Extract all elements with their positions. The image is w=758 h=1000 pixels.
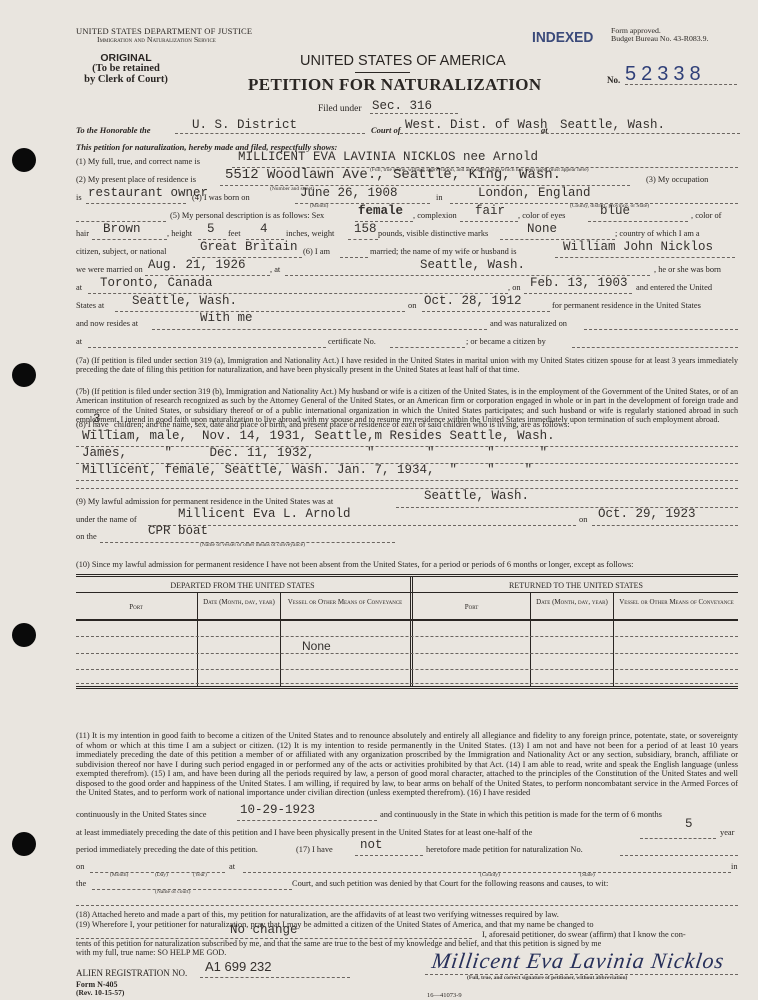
at-label: at bbox=[76, 337, 82, 347]
hair-label: hair bbox=[76, 229, 89, 239]
spouse-name-value: William John Nicklos bbox=[563, 240, 713, 254]
on-the-label: on the bbox=[76, 532, 97, 542]
spouse-born-label: , he or she was born bbox=[654, 265, 721, 275]
sex-value: female bbox=[358, 204, 403, 218]
swear-text-3: with my full, true name: SO HELP ME GOD. bbox=[76, 948, 226, 958]
height-label: , height bbox=[167, 229, 192, 239]
court-name-line bbox=[92, 889, 292, 890]
q3-label: (3) My occupation bbox=[646, 175, 708, 185]
column-vessel: Vessel or Other Means of Conveyance bbox=[615, 598, 738, 607]
table-row-line bbox=[76, 653, 738, 654]
indexed-stamp: INDEXED bbox=[532, 29, 593, 46]
period-label: period immediately preceding the date of… bbox=[76, 845, 258, 855]
column-port: Port bbox=[414, 603, 529, 611]
children-count-value: 3 bbox=[93, 412, 101, 426]
section-18: (18) Attached hereto and made a part of … bbox=[76, 910, 559, 920]
heading-rule bbox=[355, 72, 410, 73]
q6-label: (6) I am bbox=[303, 247, 330, 257]
nationality-value: Great Britain bbox=[200, 240, 298, 254]
prior-in-label: in bbox=[731, 862, 738, 872]
court-of-label: Court of bbox=[371, 125, 401, 135]
absence-entry: None bbox=[302, 639, 331, 653]
court-type: U. S. District bbox=[192, 118, 297, 132]
naturalized-label: and was naturalized on bbox=[490, 319, 567, 329]
section-19: (19) Wherefore I, your petitioner for na… bbox=[76, 920, 594, 930]
married-line bbox=[340, 257, 368, 258]
service-name: Immigration and Naturalization Service bbox=[97, 35, 216, 45]
birth-in-label: in bbox=[436, 193, 443, 203]
country-heading: UNITED STATES OF AMERICA bbox=[300, 53, 506, 69]
column-date: Date (Month, day, year) bbox=[531, 598, 613, 607]
petition-no-line bbox=[620, 855, 738, 856]
filed-under-label: Filed under bbox=[318, 104, 362, 114]
prior-the-label: the bbox=[76, 879, 86, 889]
returned-header: RETURNED TO THE UNITED STATES bbox=[414, 581, 738, 590]
caption: (Name of court) bbox=[155, 889, 190, 895]
departed-header: DEPARTED FROM THE UNITED STATES bbox=[76, 581, 409, 590]
spouse-born-on-label: , on bbox=[508, 283, 521, 293]
admission-name-line bbox=[148, 525, 576, 526]
table-row-line bbox=[76, 669, 738, 670]
caption: (State) bbox=[580, 872, 595, 878]
original-note-2: by Clerk of Court) bbox=[70, 74, 182, 85]
table-col bbox=[613, 592, 614, 686]
complexion-line bbox=[460, 221, 518, 222]
since-date-value: 10-29-1923 bbox=[240, 803, 315, 817]
occupation-value: restaurant owner bbox=[88, 186, 208, 200]
years-line bbox=[640, 838, 716, 839]
spouse-residence-line bbox=[152, 329, 487, 330]
certificate-line bbox=[390, 347, 465, 348]
color-of-label: , color of bbox=[691, 211, 721, 221]
table-rule bbox=[76, 592, 738, 593]
court-line-2 bbox=[400, 133, 740, 134]
spouse-entry-date-value: Oct. 28, 1912 bbox=[424, 294, 522, 308]
hair-line bbox=[92, 239, 167, 240]
q5-label: (5) My personal description is as follow… bbox=[170, 211, 324, 221]
admission-label: (9) My lawful admission for permanent re… bbox=[76, 497, 333, 507]
q4-label: (4) I was born on bbox=[192, 193, 250, 203]
s17-label: (17) I have bbox=[296, 845, 333, 855]
child-row: Millicent, female, Seattle, Wash. Jan. 7… bbox=[82, 463, 532, 477]
full-name-value: MILLICENT EVA LAVINIA NICKLOS nee Arnold bbox=[238, 150, 538, 164]
q2-label: (2) My present place of residence is bbox=[76, 175, 196, 185]
punch-hole bbox=[12, 363, 36, 387]
prior-at-label: at bbox=[229, 862, 235, 872]
spouse-born-at-label: at bbox=[76, 283, 82, 293]
number-line bbox=[625, 84, 737, 85]
to-honorable-label: To the Honorable the bbox=[76, 125, 151, 135]
became-label: ; or became a citizen by bbox=[466, 337, 546, 347]
signature-caption: (Full, true, and correct signature of pe… bbox=[467, 975, 627, 981]
child-line bbox=[76, 480, 738, 481]
reasons-line bbox=[76, 905, 738, 906]
section-7b: (7b) (If petition is filed under section… bbox=[76, 387, 738, 425]
hair-value: Brown bbox=[103, 222, 141, 236]
naturalized-line bbox=[584, 329, 738, 330]
page-title: PETITION FOR NATURALIZATION bbox=[248, 75, 542, 95]
punch-hole bbox=[12, 623, 36, 647]
spouse-birth-date-value: Feb. 13, 1903 bbox=[530, 276, 628, 290]
petition-number: 52338 bbox=[625, 63, 706, 86]
section-7a: (7a) (If petition is filed under section… bbox=[76, 356, 738, 375]
marks-value: None bbox=[527, 222, 557, 236]
spouse-entry-place-line bbox=[115, 311, 405, 312]
print-code: 16—41073-9 bbox=[427, 991, 462, 1000]
at-line bbox=[88, 347, 326, 348]
caption: (Year) bbox=[193, 872, 207, 878]
admission-date-value: Oct. 29, 1923 bbox=[598, 507, 696, 521]
table-row-line bbox=[76, 683, 738, 684]
child-row: James, " Dec. 11, 1932, " " " " bbox=[82, 446, 547, 460]
vessel-value: CPR boat bbox=[148, 524, 208, 538]
court-district: West. Dist. of Wash bbox=[405, 118, 548, 132]
column-port: Port bbox=[76, 603, 196, 611]
original-note-1: (To be retained bbox=[70, 63, 182, 74]
punch-hole bbox=[12, 148, 36, 172]
spouse-birth-date-line bbox=[524, 293, 632, 294]
form-revision: (Rev. 10-15-57) bbox=[76, 988, 124, 998]
name-change-value: No change bbox=[230, 923, 298, 937]
since-date-line bbox=[237, 820, 377, 821]
court-location: Seattle, Wash. bbox=[560, 118, 665, 132]
spouse-entry-date-line bbox=[422, 311, 550, 312]
caption: (County) bbox=[480, 872, 500, 878]
states-at-label: States at bbox=[76, 301, 104, 311]
became-line bbox=[572, 347, 738, 348]
column-date: Date (Month, day, year) bbox=[198, 598, 280, 607]
caption: (Day) bbox=[155, 872, 168, 878]
petitioner-signature: Millicent Eva Lavinia Nicklos bbox=[430, 948, 726, 974]
citizen-label: citizen, subject, or national bbox=[76, 247, 166, 257]
filed-under-line bbox=[370, 113, 458, 114]
eyes-label: , color of eyes bbox=[518, 211, 565, 221]
court-denied-label: Court, and such petition was denied by t… bbox=[292, 879, 608, 889]
caption: (Month) bbox=[310, 203, 328, 209]
table-top-rule bbox=[76, 574, 738, 577]
least-label: at least immediately preceding the date … bbox=[76, 828, 532, 838]
spouse-entry-place-value: Seattle, Wash. bbox=[132, 294, 237, 308]
occupation-line bbox=[86, 203, 186, 204]
table-bottom-rule bbox=[76, 686, 738, 689]
married-date-value: Aug. 21, 1926 bbox=[148, 258, 246, 272]
filed-under-value: Sec. 316 bbox=[372, 99, 432, 113]
table-rule bbox=[76, 619, 738, 621]
spouse-birthplace-value: Toronto, Canada bbox=[100, 276, 213, 290]
admission-name-value: Millicent Eva L. Arnold bbox=[178, 507, 351, 521]
weight-value: 158 bbox=[354, 222, 377, 236]
weight-line bbox=[348, 239, 378, 240]
eyes-line bbox=[588, 221, 688, 222]
spouse-name-line bbox=[555, 257, 735, 258]
caption: (Month) bbox=[110, 872, 128, 878]
budget-bureau-no: Budget Bureau No. 43-R083.9. bbox=[611, 34, 708, 43]
eyes-value: blue bbox=[600, 204, 630, 218]
table-col bbox=[197, 592, 198, 686]
certificate-label: certificate No. bbox=[328, 337, 376, 347]
s17-rest-label: heretofore made petition for naturalizat… bbox=[426, 845, 583, 855]
alien-registration-value: A1 699 232 bbox=[205, 959, 272, 974]
section-10: (10) Since my lawful admission for perma… bbox=[76, 560, 633, 570]
year-label: year bbox=[720, 828, 734, 838]
entered-label: and entered the United bbox=[636, 283, 712, 293]
occupation-is-label: is bbox=[76, 193, 82, 203]
married-at-label: , at bbox=[270, 265, 280, 275]
married-label: married; the name of my wife or husband … bbox=[370, 247, 517, 257]
married-place-value: Seattle, Wash. bbox=[420, 258, 525, 272]
column-vessel: Vessel or Other Means of Conveyance bbox=[282, 598, 408, 607]
residence-value: 5512 Woodlawn Ave., Seattle, King, Wash. bbox=[225, 167, 561, 183]
child-line bbox=[76, 488, 738, 489]
birth-place-value: London, England bbox=[478, 186, 591, 200]
complexion-value: fair bbox=[475, 204, 505, 218]
prior-on-label: on bbox=[76, 862, 84, 872]
section-11-16: (11) It is my intention in good faith to… bbox=[76, 731, 738, 798]
caption: (Name of vessel or other means of convey… bbox=[200, 542, 305, 548]
inches-label: inches, weight bbox=[286, 229, 334, 239]
child-row: William, male, Nov. 14, 1931, Seattle,m … bbox=[82, 429, 555, 443]
height-inches-value: 4 bbox=[260, 222, 268, 236]
complexion-label: , complexion bbox=[413, 211, 457, 221]
number-label: No. bbox=[607, 75, 620, 85]
years-value: 5 bbox=[685, 817, 693, 831]
table-row-line bbox=[76, 636, 738, 637]
admission-date-line bbox=[592, 525, 738, 526]
married-on-label: we were married on bbox=[76, 265, 143, 275]
entry-on-label: on bbox=[408, 301, 416, 311]
height-feet-value: 5 bbox=[207, 222, 215, 236]
table-col bbox=[280, 592, 281, 686]
admission-on-label: on bbox=[579, 515, 587, 525]
resides-label: and now resides at bbox=[76, 319, 138, 329]
alien-registration-label: ALIEN REGISTRATION NO. bbox=[76, 968, 187, 978]
country-label: ; country of which I am a bbox=[615, 229, 700, 239]
punch-hole bbox=[12, 832, 36, 856]
alien-registration-line bbox=[200, 977, 350, 978]
court-line bbox=[175, 133, 365, 134]
birth-date-value: June 26, 1908 bbox=[300, 186, 398, 200]
q1-label: (1) My full, true, and correct name is bbox=[76, 157, 200, 167]
s17-value: not bbox=[360, 838, 383, 852]
admission-place-value: Seattle, Wash. bbox=[424, 489, 529, 503]
state-term-label: and continuously in the State in which t… bbox=[380, 810, 662, 820]
continuously-label: continuously in the United States since bbox=[76, 810, 207, 820]
s17-line bbox=[355, 855, 423, 856]
spouse-residence-value: With me bbox=[200, 311, 253, 325]
feet-label: feet bbox=[228, 229, 241, 239]
under-name-label: under the name of bbox=[76, 515, 137, 525]
table-col bbox=[530, 592, 531, 686]
permanent-residence-label: for permanent residence in the United St… bbox=[552, 301, 701, 311]
marks-label: pounds, visible distinctive marks bbox=[378, 229, 488, 239]
